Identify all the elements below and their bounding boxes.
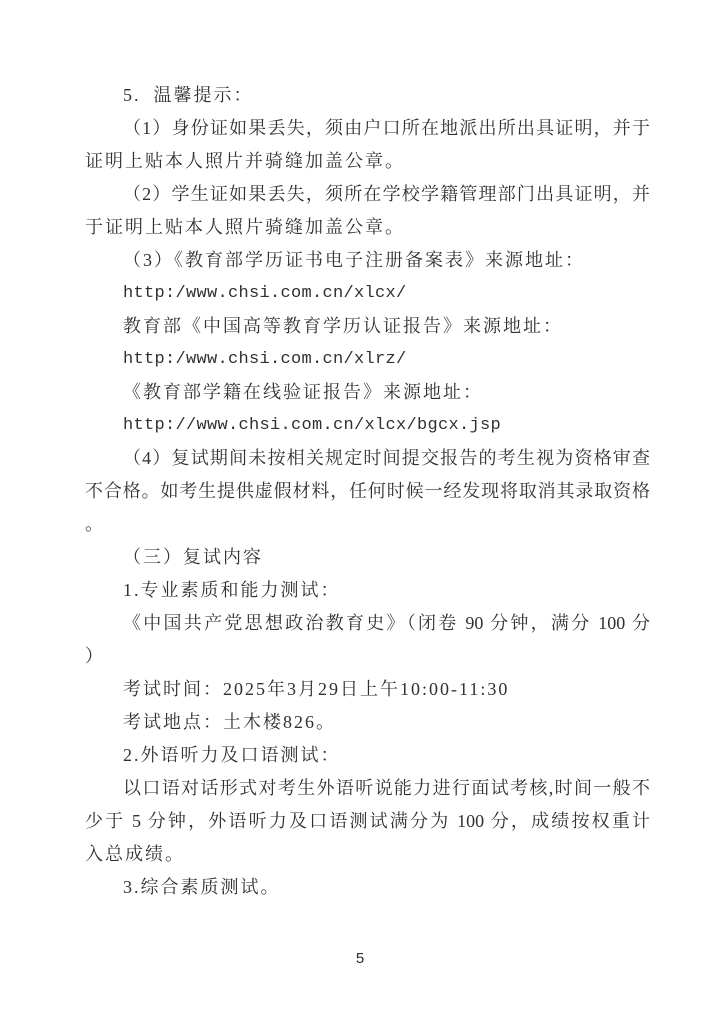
text-line: 证明上贴本人照片并骑缝加盖公章。	[85, 145, 650, 178]
text-line: （3）《教育部学历证书电子注册备案表》来源地址：	[85, 244, 650, 277]
document-page: 5. 温馨提示：（1）身份证如果丢失，须由户口所在地派出所出具证明，并于证明上贴…	[0, 0, 720, 1018]
text-line: （2）学生证如果丢失，须所在学校学籍管理部门出具证明，并	[85, 178, 650, 211]
text-line: 考试时间：2025年3月29日上午10:00-11:30	[85, 673, 650, 706]
text-line: 《教育部学籍在线验证报告》来源地址：	[85, 376, 650, 409]
text-line: 1.专业素质和能力测试：	[85, 574, 650, 607]
text-line: 教育部《中国高等教育学历认证报告》来源地址：	[85, 310, 650, 343]
text-line: 于证明上贴本人照片骑缝加盖公章。	[85, 211, 650, 244]
text-line: 。	[85, 508, 650, 541]
text-line: http:/www.chsi.com.cn/xlcx/	[85, 277, 650, 310]
text-line: 3.综合素质测试。	[85, 871, 650, 904]
text-line: （4）复试期间未按相关规定时间提交报告的考生视为资格审查	[85, 442, 650, 475]
text-line: 5. 温馨提示：	[85, 79, 650, 112]
text-line: 《中国共产党思想政治教育史》（闭卷 90 分钟，满分 100 分	[85, 607, 650, 640]
text-line: （三）复试内容	[85, 541, 650, 574]
text-line: 以口语对话形式对考生外语听说能力进行面试考核,时间一般不	[85, 772, 650, 805]
text-line: http:/www.chsi.com.cn/xlrz/	[85, 343, 650, 376]
text-line: 入总成绩。	[85, 838, 650, 871]
text-line: ）	[85, 640, 650, 673]
text-line: 不合格。如考生提供虚假材料，任何时候一经发现将取消其录取资格	[85, 475, 650, 508]
text-line: 2.外语听力及口语测试：	[85, 739, 650, 772]
page-number: 5	[0, 949, 720, 969]
text-line: 少于 5 分钟，外语听力及口语测试满分为 100 分，成绩按权重计	[85, 805, 650, 838]
document-body: 5. 温馨提示：（1）身份证如果丢失，须由户口所在地派出所出具证明，并于证明上贴…	[85, 79, 650, 904]
text-line: http://www.chsi.com.cn/xlcx/bgcx.jsp	[85, 409, 650, 442]
text-line: （1）身份证如果丢失，须由户口所在地派出所出具证明，并于	[85, 112, 650, 145]
text-line: 考试地点：土木楼826。	[85, 706, 650, 739]
